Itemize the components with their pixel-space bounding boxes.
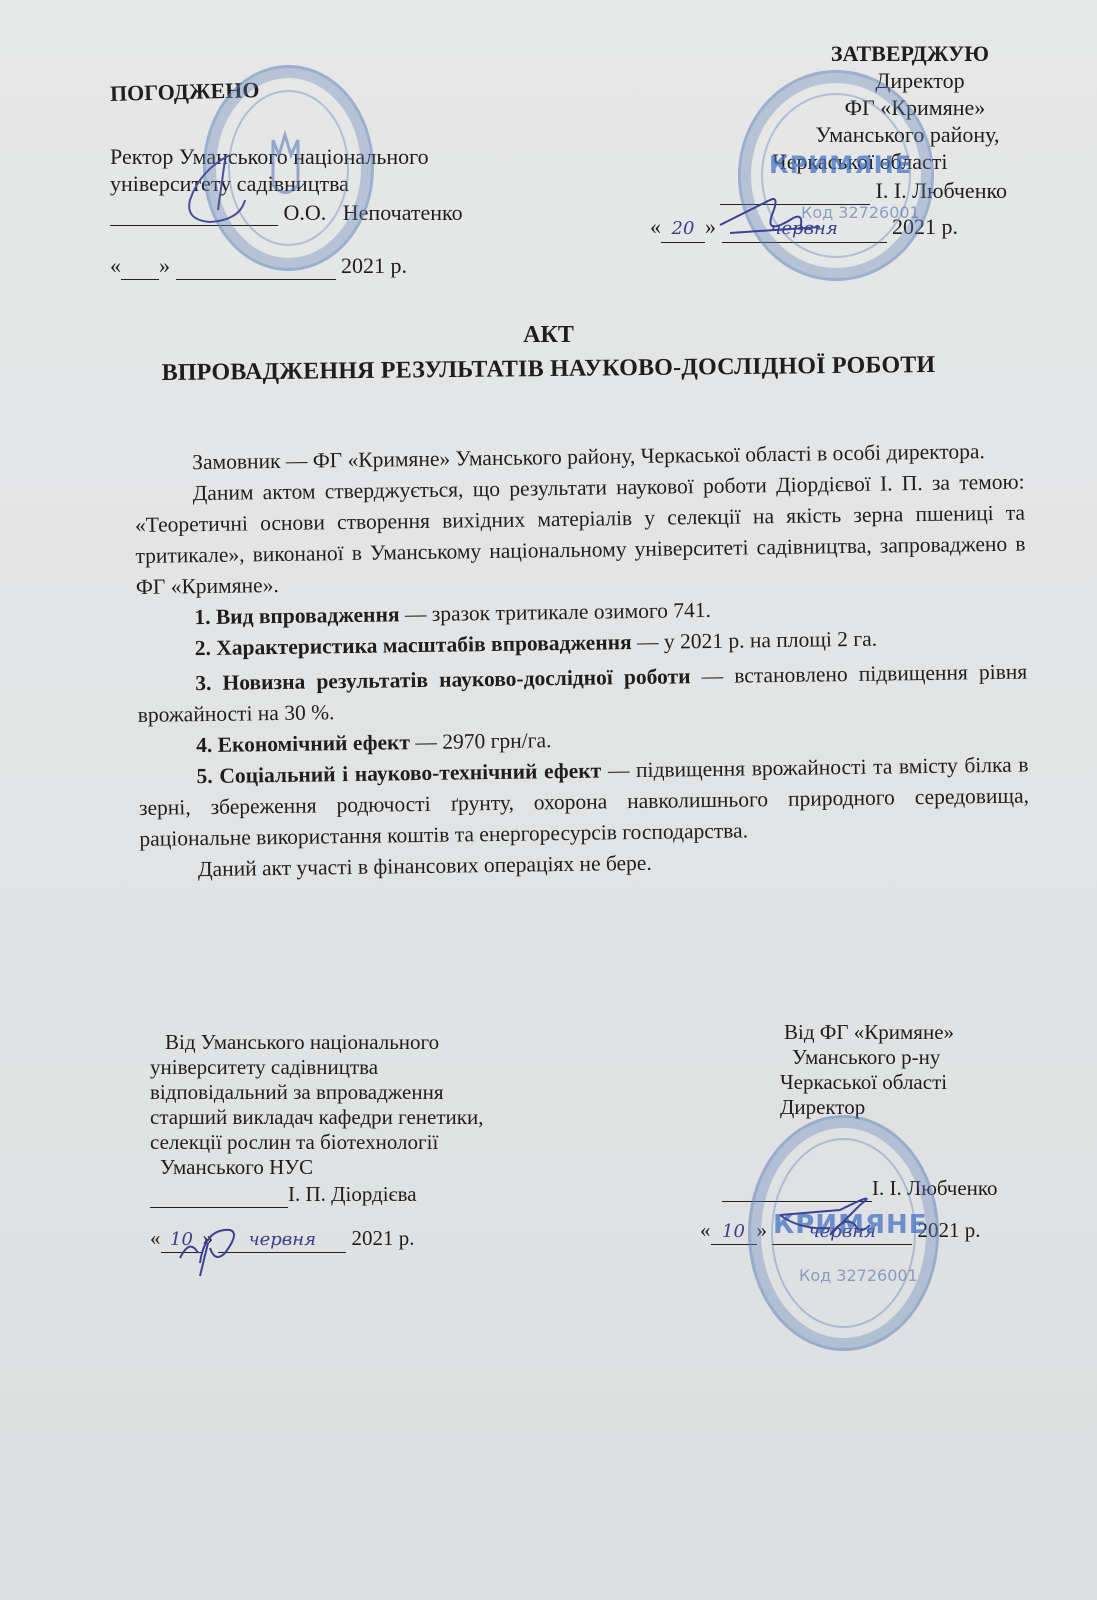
date-month-blank [176, 252, 336, 280]
date-quote-open: « [110, 253, 121, 278]
signer-line-5: селекції рослин та біотехнології [150, 1130, 570, 1155]
confirmation-paragraph: Даним актом стверджується, що результати… [134, 467, 1026, 603]
item-5: 5. Соціальний і науково-технічний ефект … [138, 750, 1029, 855]
signer-line-3: Черкаської області [700, 1070, 1060, 1095]
date-day: 20 [661, 215, 705, 243]
item-label: 4. Економічний ефект [196, 730, 410, 757]
signer-line-3: відповідальний за впровадження [150, 1080, 570, 1105]
document-body: Замовник — ФГ «Кримяне» Уманського район… [134, 436, 1030, 886]
date-quote-close: » [159, 253, 170, 278]
signer-line-2: Уманського р-ну [700, 1045, 1060, 1070]
date-year: 2021 р. [352, 1226, 415, 1250]
approver-name: І. І. Любченко [876, 178, 1008, 203]
signer-line-4: старший викладач кафедри генетики, [150, 1105, 570, 1130]
signature-line [150, 1182, 288, 1208]
date-day: 10 [161, 1227, 203, 1253]
signer-name: І. І. Любченко [872, 1176, 998, 1200]
approval-position-line-1: Ректор Уманського національного [110, 143, 550, 170]
approval-position-line-1: Директор [780, 67, 1060, 94]
approval-block-right: ЗАТВЕРДЖУЮ Директор ФГ «Кримяне» Уманськ… [640, 40, 1060, 243]
date-day: 10 [711, 1219, 757, 1245]
approval-position-line-4: Черкаської області [660, 148, 1060, 175]
signature-line [110, 225, 278, 226]
date-year: 2021 р. [341, 253, 407, 278]
signer-line-1: Від ФГ «Кримяне» [700, 1020, 1060, 1045]
item-text: — у 2021 р. на площі 2 га. [631, 627, 877, 654]
date-day-blank [121, 252, 159, 280]
item-label: 1. Вид впровадження [194, 602, 399, 629]
signer-name: І. П. Діордієва [288, 1182, 417, 1206]
item-text: — 2970 грн/га. [410, 728, 552, 754]
document-title: АКТ [0, 322, 1097, 349]
date-month: червня [722, 215, 887, 243]
document-page: ПОГОДЖЕНО Ректор Уманського національног… [0, 0, 1097, 1600]
item-label: 5. Соціальний і науково-технічний ефект [196, 759, 601, 789]
signature-block-left: Від Уманського національного університет… [150, 1030, 570, 1253]
signer-line-1: Від Уманського національного [150, 1030, 570, 1055]
approval-position-line-2: університету садівництва [110, 170, 550, 197]
stamp-code: Код 32726001 [799, 1266, 918, 1285]
approval-heading: ЗАТВЕРДЖУЮ [760, 40, 1060, 67]
date-year: 2021 р. [892, 214, 958, 239]
approval-position-line-2: ФГ «Кримяне» [770, 94, 1060, 121]
approver-name: О.О. Непочатенко [284, 200, 463, 225]
signer-line-6: Уманського НУС [150, 1155, 570, 1180]
date-month: червня [772, 1219, 912, 1245]
date-year: 2021 р. [918, 1218, 981, 1242]
approval-position-line-3: Уманського району, [755, 121, 1060, 148]
item-label: 2. Характеристика масштабів впровадження [195, 630, 632, 660]
signer-line-4: Директор [700, 1095, 1060, 1120]
date-month: червня [218, 1227, 346, 1253]
signature-line [720, 177, 870, 205]
approval-block-left: ПОГОДЖЕНО Ректор Уманського національног… [110, 80, 550, 280]
signature-block-right: Від ФГ «Кримяне» Уманського р-ну Черкась… [700, 1020, 1060, 1245]
document-subtitle: ВПРОВАДЖЕННЯ РЕЗУЛЬТАТІВ НАУКОВО-ДОСЛІДН… [0, 350, 1097, 388]
item-label: 3. Новизна результатів науково-дослідної… [195, 664, 691, 695]
signer-line-2: університету садівництва [150, 1055, 570, 1080]
approval-heading: ПОГОДЖЕНО [110, 68, 551, 107]
item-text: — зразок тритикале озимого 741. [399, 598, 711, 626]
signature-line [722, 1176, 872, 1202]
